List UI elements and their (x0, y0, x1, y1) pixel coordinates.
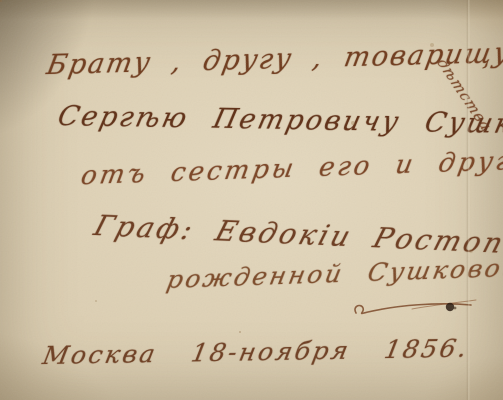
dedication-line-3: отъ сестры его и друга , (79, 144, 503, 191)
signature-flourish (350, 295, 480, 325)
ink-blot (446, 303, 454, 311)
dedication-line-2-recipient: Сергѣю Петровичу Сушкову (55, 101, 503, 141)
manuscript-photo: Брату , другу , товарищу дѣтства Сергѣю … (0, 0, 503, 400)
dedication-line-6-place-date: Москва 18-ноября 1856. (40, 334, 471, 371)
paper-specks (0, 0, 2, 2)
dedication-line-1: Брату , другу , товарищу (44, 38, 503, 81)
dedication-line-5-nee: рожденной Сушковой (164, 253, 503, 295)
